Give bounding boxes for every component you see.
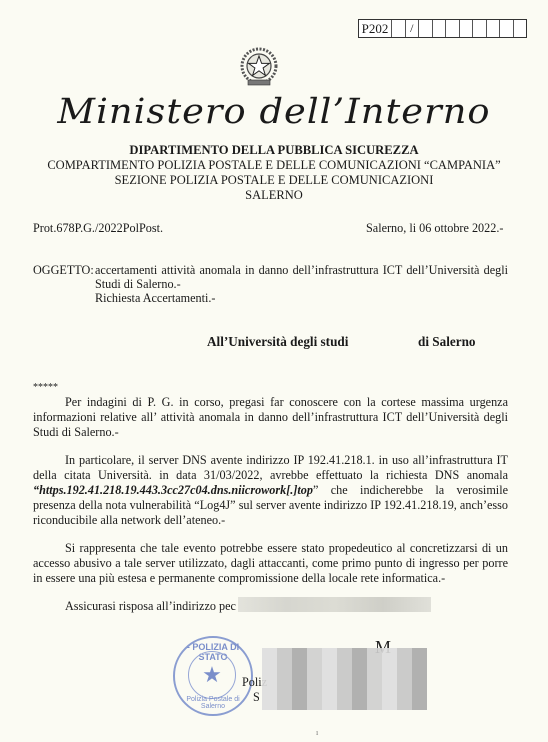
signature-line-2: S (253, 690, 260, 705)
addressee-part-1: All’Università degli studi (207, 334, 348, 350)
subject-label: OGGETTO: (33, 263, 94, 278)
protocol-cell (459, 20, 473, 37)
protocol-cell (418, 20, 432, 37)
protocol-cell (391, 20, 405, 37)
protocol-cell (445, 20, 459, 37)
paragraph-2: In particolare, il server DNS avente ind… (33, 453, 508, 528)
paragraph-4: Assicurasi risposa all’indirizzo pec : (65, 599, 242, 614)
paragraph-3: Si rappresenta che tale evento potrebbe … (33, 541, 508, 586)
section-heading: SEZIONE POLIZIA POSTALE E DELLE COMUNICA… (0, 173, 548, 188)
page-mark: ı (316, 725, 318, 740)
italian-republic-emblem-icon (239, 46, 279, 88)
protocol-cell (472, 20, 486, 37)
document-page: P202 / Ministero dell’Interno DIPARTIMEN… (0, 0, 548, 742)
subject-line-2: Studi di Salerno.- (95, 277, 181, 292)
redacted-pec-address (238, 597, 431, 612)
protocol-number-box: P202 / (358, 19, 527, 38)
redacted-signature-block (262, 648, 427, 710)
protocol-cell (432, 20, 446, 37)
ministry-title: Ministero dell’Interno (0, 92, 548, 132)
protocol-cell (486, 20, 500, 37)
compartment-heading: COMPARTIMENTO POLIZIA POSTALE E DELLE CO… (0, 158, 548, 173)
stamp-star-icon: ★ (188, 651, 236, 699)
protocol-cell (499, 20, 513, 37)
police-stamp: - POLIZIA DI STATO ★ Polizia Postale di … (173, 636, 253, 716)
addressee-part-2: di Salerno (418, 334, 476, 350)
paragraph-1: Per indagini di P. G. in corso, pregasi … (33, 395, 508, 440)
subject-line-3: Richiesta Accertamenti.- (95, 291, 215, 306)
stamp-bottom-text: Polizia Postale di Salerno (181, 696, 245, 710)
department-heading: DIPARTIMENTO DELLA PUBBLICA SICUREZZA (0, 143, 548, 158)
city-heading: SALERNO (0, 188, 548, 203)
protocol-reference: Prot.678P.G./2022PolPost. (33, 221, 163, 236)
protocol-cell: / (405, 20, 419, 37)
protocol-prefix: P202 (359, 20, 391, 37)
place-date: Salerno, li 06 ottobre 2022.- (366, 221, 503, 236)
separator-stars: ***** (33, 380, 58, 395)
protocol-cell (513, 20, 527, 37)
anomalous-dns-domain: “https.192.41.218.19.443.3cc27c04.dns.ni… (33, 483, 313, 497)
